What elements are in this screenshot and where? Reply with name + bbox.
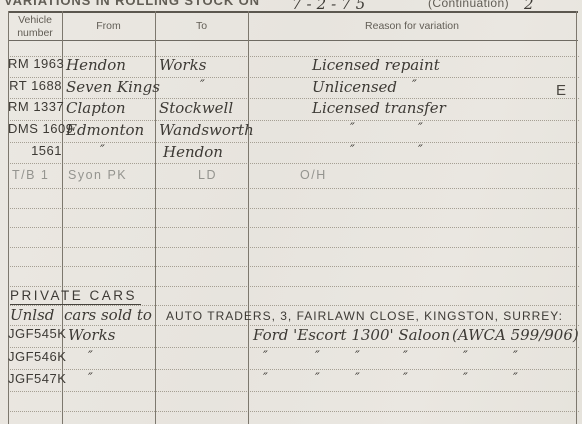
- car-registration-ref: (AWCA 599/906): [452, 326, 579, 344]
- form-header: VARIATIONS IN ROLLING STOCK ON 7-2-75 (C…: [0, 0, 582, 12]
- reason-ditto-mark: ″: [513, 349, 518, 364]
- to-value: LD: [198, 168, 217, 182]
- vehicle-number: RM 1963: [8, 56, 62, 71]
- row-guide-line: [8, 266, 579, 267]
- vehicle-number: RT 1688: [8, 78, 62, 93]
- continuation-label: (Continuation): [428, 0, 509, 10]
- vehicle-number: T/B 1: [12, 168, 49, 182]
- header-separator-line: [8, 40, 578, 41]
- to-ditto-mark: ″: [200, 78, 205, 93]
- row-guide-line: [8, 286, 579, 287]
- from-value: Works: [68, 326, 115, 344]
- reason-ditto-mark: ″: [412, 78, 417, 93]
- reason-ditto-mark: ″: [315, 371, 320, 386]
- reason-value: O/H: [300, 168, 327, 182]
- row-guide-line: [8, 247, 579, 248]
- reason-ditto-mark: ″: [350, 121, 355, 136]
- page-number: 2: [524, 0, 534, 12]
- from-value: Hendon: [66, 56, 126, 74]
- col-header-vehicle: Vehicle number: [8, 13, 62, 40]
- reason-ditto-mark: ″: [355, 371, 360, 386]
- from-value: Seven Kings: [66, 78, 160, 96]
- table-row: RM 1963 Hendon Works Licensed repaint: [0, 56, 582, 78]
- col-header-to: To: [155, 13, 248, 40]
- vehicle-number: DMS 1609: [8, 121, 62, 136]
- to-value: Works: [159, 56, 206, 74]
- date-value: 7-2-75: [292, 0, 370, 12]
- from-ditto-mark: ″: [100, 143, 105, 158]
- table-row: JGF547K ″ ″ ″ ″ ″ ″ ″: [0, 371, 582, 393]
- reason-ditto-mark: ″: [263, 349, 268, 364]
- from-value: Syon PK: [68, 168, 127, 182]
- reason-value: Licensed repaint: [312, 56, 440, 74]
- vehicle-number: JGF547K: [8, 371, 62, 386]
- from-ditto-mark: ″: [88, 371, 93, 386]
- reason-ditto-mark: ″: [403, 371, 408, 386]
- table-row-pencil: T/B 1 Syon PK LD O/H: [0, 168, 582, 190]
- margin-note: E: [556, 82, 566, 99]
- table-row: RT 1688 Seven Kings ″ Unlicensed ″: [0, 78, 582, 100]
- reason-value: Unlicensed: [312, 78, 397, 96]
- from-value: Edmonton: [66, 121, 144, 139]
- row-guide-line: [8, 227, 579, 228]
- reason-ditto-mark: ″: [463, 371, 468, 386]
- from-value: Clapton: [66, 99, 126, 117]
- table-row: 1561 ″ Hendon ″ ″: [0, 143, 582, 165]
- table-row: JGF546K ″ ″ ″ ″ ″ ″ ″: [0, 349, 582, 371]
- reason-ditto-mark: ″: [418, 143, 423, 158]
- table-row: JGF545K Works Ford 'Escort 1300' Saloon …: [0, 326, 582, 348]
- to-value: Hendon: [163, 143, 223, 161]
- vehicle-number: JGF545K: [8, 326, 62, 341]
- vehicle-number: JGF546K: [8, 349, 62, 364]
- note-from-col: cars sold to: [64, 306, 152, 324]
- reason-ditto-mark: ″: [463, 349, 468, 364]
- reason-value: Licensed transfer: [312, 99, 446, 117]
- row-guide-line: [8, 411, 579, 412]
- vehicle-number: RM 1337: [8, 99, 62, 114]
- form-title: VARIATIONS IN ROLLING STOCK ON: [4, 0, 260, 8]
- row-guide-line: [8, 208, 579, 209]
- reason-ditto-mark: ″: [403, 349, 408, 364]
- reason-ditto-mark: ″: [263, 371, 268, 386]
- note-vehicle-col: Unlsd: [10, 306, 54, 324]
- reason-ditto-mark: ″: [350, 143, 355, 158]
- buyer-address: AUTO TRADERS, 3, FAIRLAWN CLOSE, KINGSTO…: [166, 309, 563, 323]
- vehicle-number: 1561: [8, 143, 62, 158]
- reason-ditto-mark: ″: [315, 349, 320, 364]
- col-header-from: From: [62, 13, 155, 40]
- car-description: Ford 'Escort 1300' Saloon: [253, 326, 450, 344]
- to-value: Wandsworth: [159, 121, 254, 139]
- table-row: RM 1337 Clapton Stockwell Licensed trans…: [0, 99, 582, 121]
- private-cars-note-row: Unlsd cars sold to AUTO TRADERS, 3, FAIR…: [0, 306, 582, 328]
- to-value: Stockwell: [159, 99, 233, 117]
- table-row: DMS 1609 Edmonton Wandsworth ″ ″: [0, 121, 582, 143]
- from-ditto-mark: ″: [88, 349, 93, 364]
- col-header-reason: Reason for variation: [248, 13, 576, 40]
- reason-ditto-mark: ″: [355, 349, 360, 364]
- reason-ditto-mark: ″: [513, 371, 518, 386]
- private-cars-heading: PRIVATE CARS: [10, 288, 141, 305]
- scanned-ledger-page: VARIATIONS IN ROLLING STOCK ON 7-2-75 (C…: [0, 0, 582, 424]
- reason-ditto-mark: ″: [418, 121, 423, 136]
